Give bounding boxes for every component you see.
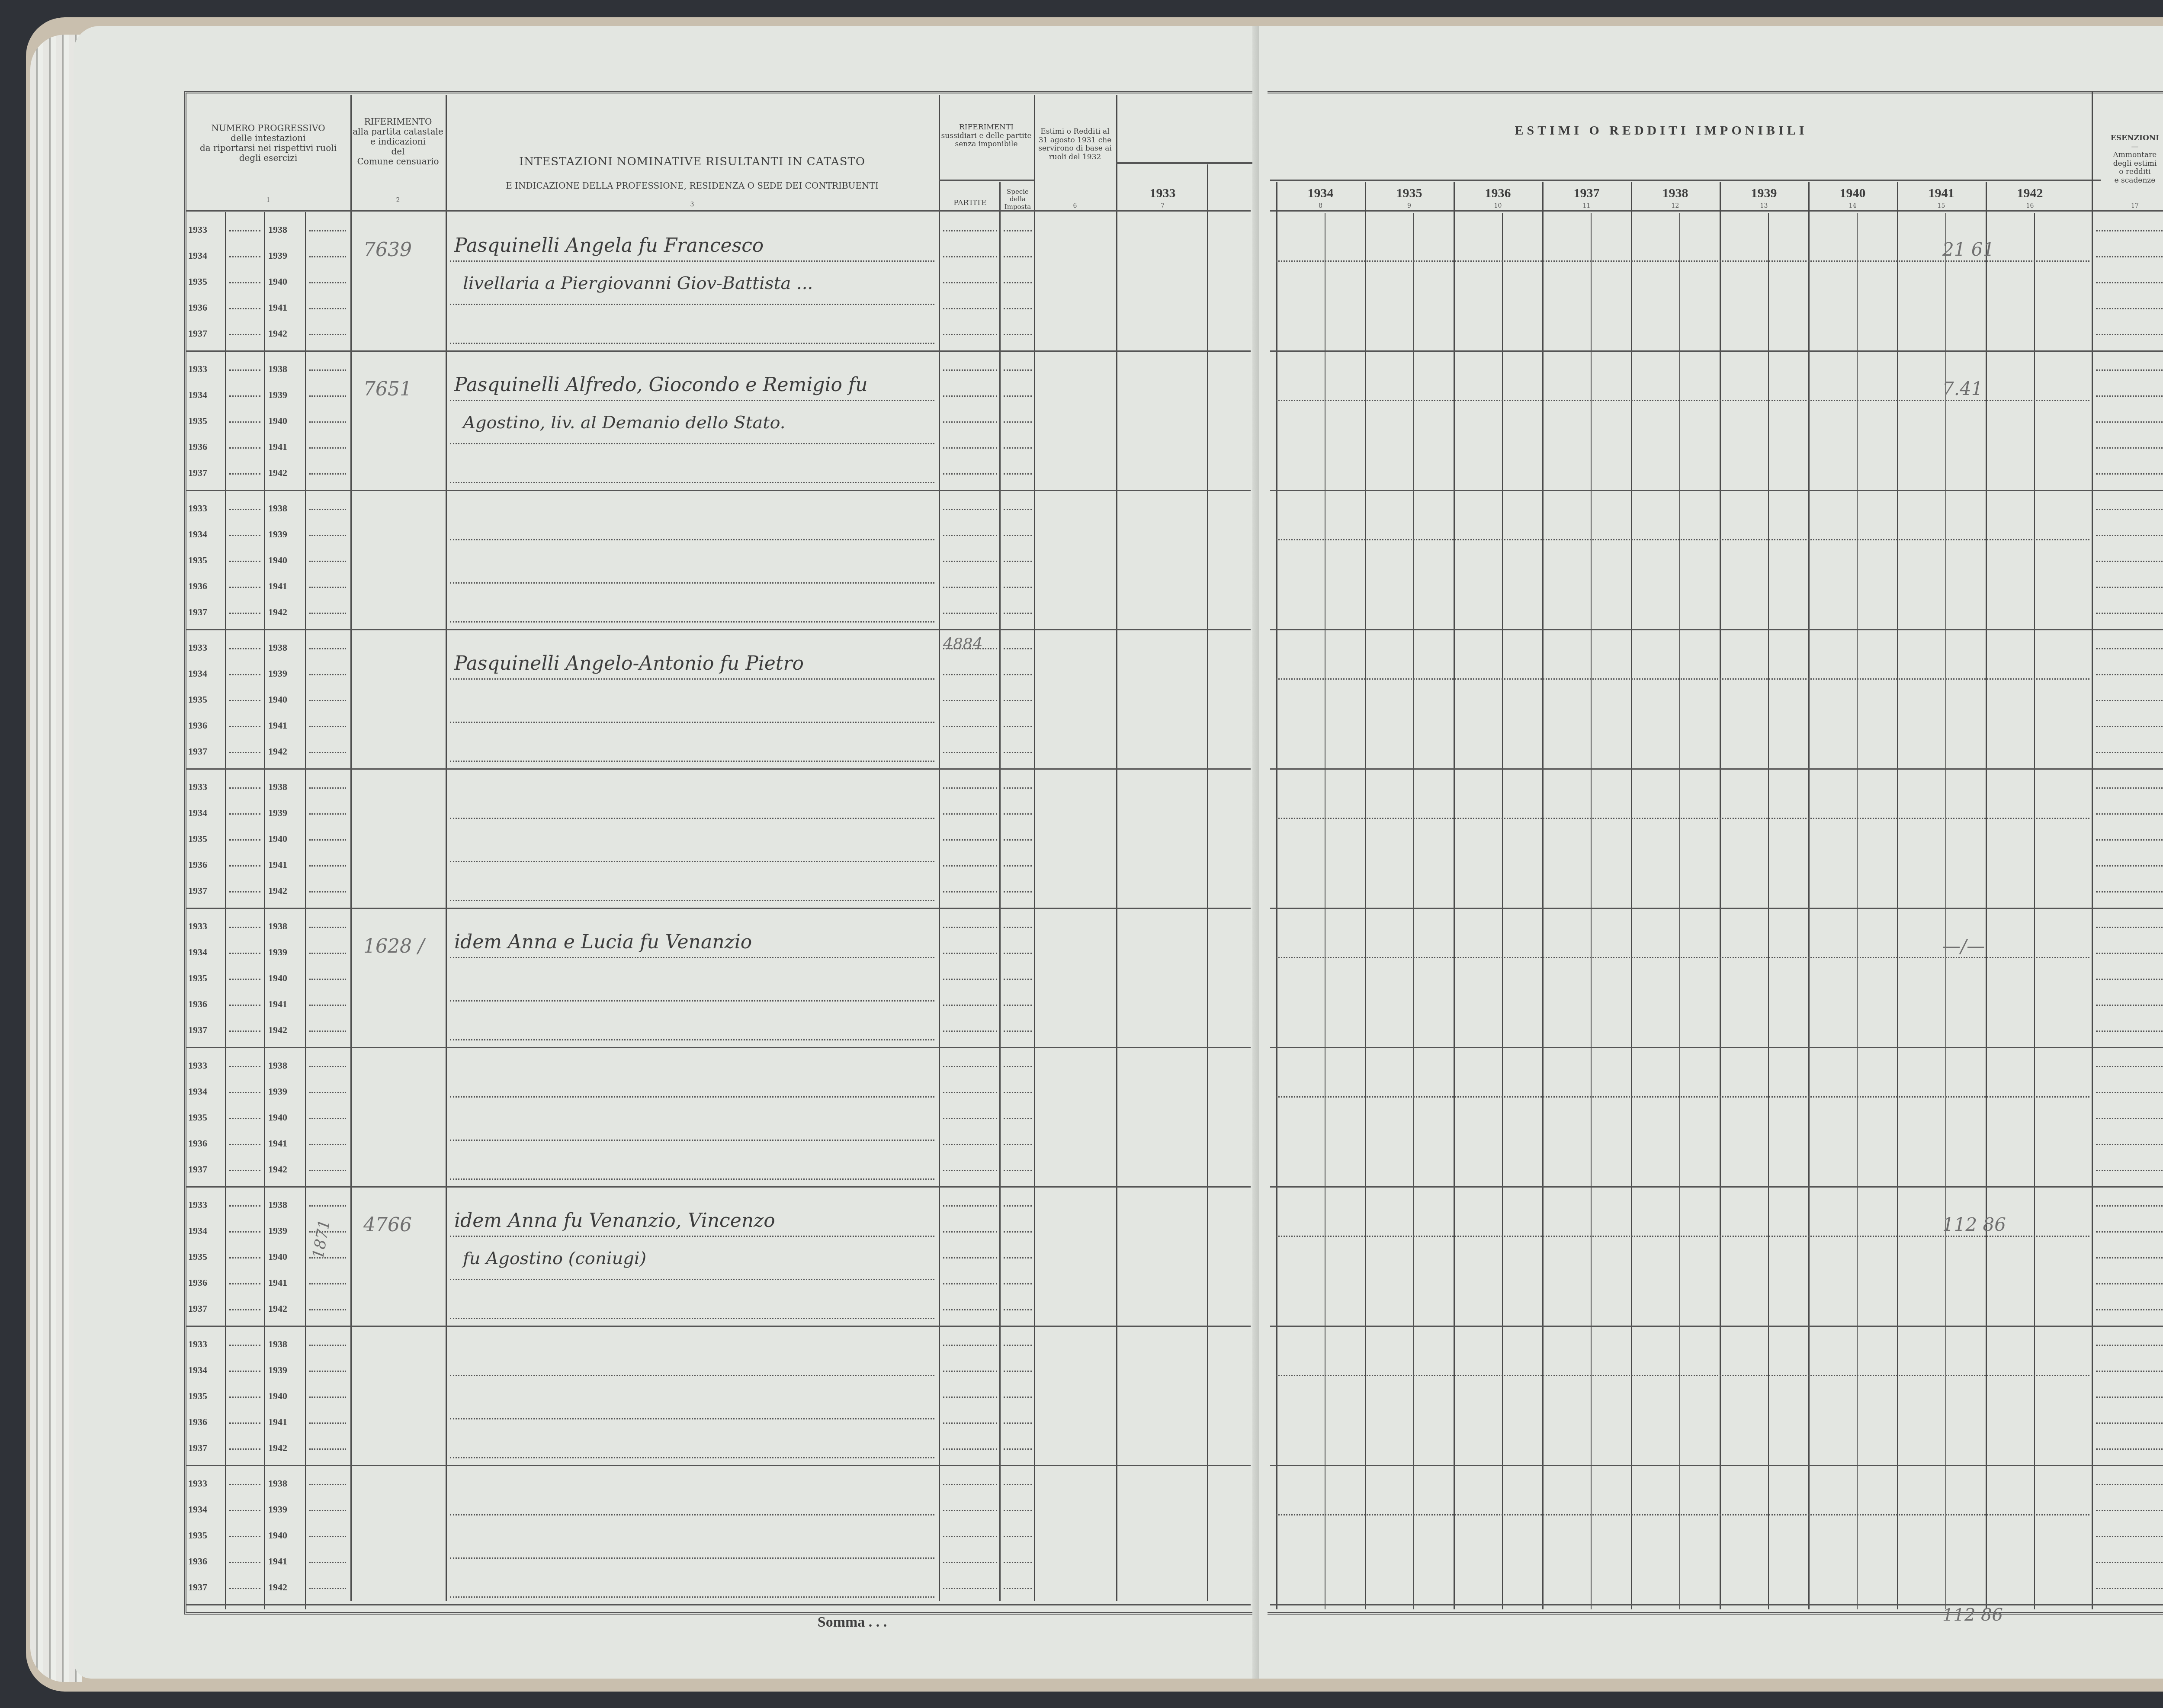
- dotted-line: [943, 1448, 997, 1450]
- dotted-line: [229, 1536, 260, 1537]
- dotted-line: [1276, 260, 2089, 262]
- dotted-line: [309, 726, 346, 727]
- dotted-line: [450, 621, 934, 623]
- dotted-line: [943, 1510, 997, 1511]
- dotted-line: [1004, 1371, 1032, 1372]
- dotted-line: [450, 304, 934, 305]
- col7-number: 7: [1118, 202, 1207, 209]
- dotted-line: [2096, 648, 2163, 649]
- year-label: 1936: [188, 1138, 207, 1149]
- year-label: 1937: [188, 467, 207, 478]
- block-separator: [1270, 629, 2163, 630]
- column-number: 13: [1720, 202, 1808, 209]
- dotted-line: [229, 613, 260, 614]
- dotted-line: [1004, 1066, 1032, 1067]
- entry-name-line2: fu Agostino (coniugi): [463, 1249, 646, 1268]
- year-header: 1935: [1365, 186, 1454, 201]
- year-label: 1934: [188, 1225, 207, 1236]
- year-label: 1939: [268, 947, 287, 958]
- dotted-line: [2096, 1510, 2163, 1511]
- year-label: 1940: [268, 415, 287, 427]
- dotted-line: [229, 927, 260, 928]
- dotted-line: [229, 1510, 260, 1511]
- year-label: 1933: [188, 1199, 207, 1210]
- year-label: 1933: [188, 503, 207, 514]
- year-label: 1933: [188, 921, 207, 932]
- dotted-line: [1004, 813, 1032, 815]
- dotted-line: [309, 535, 346, 536]
- dotted-line: [2096, 927, 2163, 928]
- col2-line: e indicazioni: [353, 137, 443, 147]
- dotted-line: [2096, 369, 2163, 371]
- dotted-line: [309, 1588, 346, 1589]
- entry-name-line1: idem Anna e Lucia fu Venanzio: [454, 931, 752, 953]
- year-label: 1934: [188, 1086, 207, 1097]
- dotted-line: [309, 1536, 346, 1537]
- year-label: 1935: [188, 1112, 207, 1123]
- dotted-line: [309, 1005, 346, 1006]
- dotted-line: [309, 1144, 346, 1145]
- dotted-line: [2096, 395, 2163, 397]
- dotted-line: [2096, 787, 2163, 789]
- dotted-line: [309, 839, 346, 841]
- dotted-line: [943, 587, 997, 588]
- year-column-divider: [1986, 182, 1987, 1609]
- dotted-line: [229, 891, 260, 893]
- year-column-divider: [1808, 182, 1810, 1609]
- dotted-line: [943, 395, 997, 397]
- col2-line: Comune censuario: [353, 157, 443, 167]
- dotted-line: [229, 1422, 260, 1424]
- year-header: 1940: [1808, 186, 1897, 201]
- dotted-line: [943, 1066, 997, 1067]
- dotted-line: [450, 957, 934, 958]
- dotted-line: [1276, 818, 2089, 819]
- dotted-line: [2096, 535, 2163, 536]
- dotted-line: [309, 334, 346, 335]
- dotted-line: [309, 1309, 346, 1310]
- block-separator: [186, 350, 1251, 352]
- dotted-line: [1004, 1536, 1032, 1537]
- dotted-line: [309, 1448, 346, 1450]
- col1-line: degli esercizi: [190, 153, 346, 163]
- dotted-line: [2096, 561, 2163, 562]
- col1-line: da riportarsi nei rispettivi ruoli: [190, 143, 346, 153]
- dotted-line: [2096, 1448, 2163, 1450]
- dotted-line: [1004, 1588, 1032, 1589]
- lire-centesimi-divider: [1679, 213, 1680, 1609]
- dotted-line: [309, 1092, 346, 1093]
- dotted-line: [1004, 674, 1032, 675]
- entry-name-line1: Pasquinelli Angelo-Antonio fu Pietro: [454, 652, 804, 674]
- year-label: 1941: [268, 581, 287, 592]
- dotted-line: [1004, 1562, 1032, 1563]
- year-label: 1935: [188, 1390, 207, 1402]
- dotted-line: [2096, 1345, 2163, 1346]
- dotted-line: [2096, 979, 2163, 980]
- dotted-line: [229, 421, 260, 423]
- dotted-line: [309, 473, 346, 475]
- dotted-line: [450, 482, 934, 483]
- dotted-line: [1004, 839, 1032, 841]
- dotted-line: [943, 421, 997, 423]
- column-number: 8: [1276, 202, 1365, 209]
- year-label: 1941: [268, 302, 287, 313]
- dotted-line: [943, 1205, 997, 1207]
- dotted-line: [1004, 700, 1032, 701]
- dotted-line: [943, 891, 997, 893]
- year-label: 1937: [188, 885, 207, 896]
- dotted-line: [2096, 674, 2163, 675]
- dotted-line: [1004, 535, 1032, 536]
- dotted-line: [229, 535, 260, 536]
- dotted-line: [943, 282, 997, 283]
- column-number: 14: [1808, 202, 1897, 209]
- dotted-line: [943, 447, 997, 449]
- block-separator: [1270, 768, 2163, 770]
- dotted-line: [943, 256, 997, 257]
- col45-line: sussidiari e delle partite: [941, 132, 1032, 141]
- dotted-line: [1004, 282, 1032, 283]
- dotted-line: [450, 722, 934, 723]
- year-label: 1935: [188, 1251, 207, 1262]
- block-separator: [1270, 1186, 2163, 1188]
- dotted-line: [309, 1562, 346, 1563]
- year-1933-header: 1933: [1118, 186, 1207, 201]
- dotted-line: [943, 561, 997, 562]
- amount-1941: 7.41: [1942, 378, 1983, 399]
- entry-name-line1: Pasquinelli Angela fu Francesco: [454, 234, 764, 257]
- divider: [446, 95, 447, 1601]
- year-label: 1939: [268, 529, 287, 540]
- dotted-line: [943, 674, 997, 675]
- divider: [1270, 180, 2101, 181]
- year-label: 1935: [188, 1530, 207, 1541]
- year-label: 1940: [268, 833, 287, 844]
- dotted-line: [229, 1309, 260, 1310]
- somma-1941-value: 112 86: [1942, 1605, 2003, 1625]
- year-label: 1937: [188, 1582, 207, 1593]
- dotted-line: [309, 927, 346, 928]
- dotted-line: [450, 443, 934, 444]
- block-separator: [186, 908, 1251, 909]
- divider: [264, 212, 265, 1609]
- year-label: 1934: [188, 668, 207, 679]
- dotted-line: [229, 1588, 260, 1589]
- year-label: 1938: [268, 503, 287, 514]
- year-label: 1942: [268, 1303, 287, 1314]
- block-separator: [186, 1326, 1251, 1327]
- dotted-line: [943, 839, 997, 841]
- dotted-line: [2096, 865, 2163, 867]
- year-label: 1933: [188, 363, 207, 375]
- dotted-line: [309, 509, 346, 510]
- entry-name-line1: Pasquinelli Alfredo, Giocondo e Remigio …: [454, 374, 868, 396]
- year-label: 1941: [268, 441, 287, 453]
- divider: [225, 212, 226, 1609]
- year-label: 1933: [188, 781, 207, 793]
- year-label: 1942: [268, 1442, 287, 1454]
- dotted-line: [1004, 1031, 1032, 1032]
- year-header: 1942: [1986, 186, 2074, 201]
- dotted-line: [943, 535, 997, 536]
- dotted-line: [229, 700, 260, 701]
- dotted-line: [229, 1170, 260, 1171]
- col2-header: RIFERIMENTO alla partita catastale e ind…: [353, 117, 443, 167]
- dotted-line: [450, 1279, 934, 1280]
- year-label: 1939: [268, 389, 287, 401]
- dotted-line: [2096, 1005, 2163, 1006]
- dotted-line: [309, 447, 346, 449]
- divider: [350, 95, 352, 1601]
- dotted-line: [229, 648, 260, 649]
- col17-header: ESENZIONI — Ammontare degli estimi o red…: [2094, 134, 2163, 185]
- dotted-line: [943, 752, 997, 753]
- dotted-line: [1276, 957, 2089, 958]
- dotted-line: [943, 726, 997, 727]
- dotted-line: [1276, 1096, 2089, 1098]
- dotted-line: [1004, 613, 1032, 614]
- dotted-line: [229, 1005, 260, 1006]
- dotted-line: [2096, 700, 2163, 701]
- year-label: 1942: [268, 607, 287, 618]
- dotted-line: [450, 1000, 934, 1002]
- dotted-line: [309, 1397, 346, 1398]
- dotted-line: [1276, 400, 2089, 401]
- dotted-line: [943, 1562, 997, 1563]
- dotted-line: [229, 1371, 260, 1372]
- dotted-line: [2096, 1205, 2163, 1207]
- year-label: 1937: [188, 1442, 207, 1454]
- year-label: 1939: [268, 1086, 287, 1097]
- dotted-line: [1004, 256, 1032, 257]
- dotted-line: [943, 927, 997, 928]
- amount-1941: 21 61: [1942, 239, 1994, 260]
- year-header: 1934: [1276, 186, 1365, 201]
- entry-name-line2: Agostino, liv. al Demanio dello Stato.: [463, 413, 786, 433]
- dotted-line: [450, 1375, 934, 1376]
- dotted-line: [229, 334, 260, 335]
- estimi-title: ESTIMI O REDDITI IMPONIBILI: [1272, 123, 2051, 138]
- year-label: 1936: [188, 1277, 207, 1288]
- dotted-line: [2096, 587, 2163, 588]
- divider: [2092, 91, 2093, 1609]
- dotted-line: [2096, 953, 2163, 954]
- dotted-line: [450, 818, 934, 819]
- year-label: 1937: [188, 1164, 207, 1175]
- year-label: 1938: [268, 1060, 287, 1071]
- column-number: 10: [1454, 202, 1542, 209]
- year-label: 1933: [188, 224, 207, 235]
- dotted-line: [943, 1005, 997, 1006]
- year-header: 1938: [1631, 186, 1720, 201]
- dotted-line: [309, 561, 346, 562]
- year-label: 1939: [268, 250, 287, 261]
- dotted-line: [2096, 1588, 2163, 1589]
- dotted-line: [450, 861, 934, 862]
- dotted-line: [943, 979, 997, 980]
- header-bottom-rule: [186, 210, 1251, 212]
- dotted-line: [2096, 1536, 2163, 1537]
- dotted-line: [229, 1144, 260, 1145]
- dotted-line: [1004, 1510, 1032, 1511]
- dotted-line: [1004, 447, 1032, 449]
- dotted-line: [2096, 1309, 2163, 1310]
- year-label: 1936: [188, 302, 207, 313]
- dotted-line: [1004, 1484, 1032, 1485]
- dotted-line: [229, 473, 260, 475]
- dotted-line: [309, 1422, 346, 1424]
- block-separator: [1270, 1465, 2163, 1466]
- entry-name-line2: livellaria a Piergiovanni Giov-Battista …: [463, 273, 813, 293]
- block-separator: [1270, 908, 2163, 909]
- dotted-line: [1004, 953, 1032, 954]
- dotted-line: [1004, 369, 1032, 371]
- dotted-line: [229, 256, 260, 257]
- year-header: 1941: [1897, 186, 1986, 201]
- year-label: 1941: [268, 1277, 287, 1288]
- column-number: 12: [1631, 202, 1720, 209]
- year-label: 1942: [268, 328, 287, 339]
- dotted-line: [1004, 1144, 1032, 1145]
- dotted-line: [1004, 561, 1032, 562]
- dotted-line: [309, 752, 346, 753]
- dotted-line: [450, 1514, 934, 1515]
- col17-number: 17: [2094, 202, 2163, 209]
- dotted-line: [450, 1236, 934, 1237]
- year-label: 1942: [268, 746, 287, 757]
- dotted-line: [943, 787, 997, 789]
- dotted-line: [309, 1283, 346, 1284]
- year-label: 1938: [268, 1199, 287, 1210]
- divider: [1207, 164, 1208, 1601]
- dotted-line: [309, 1170, 346, 1171]
- right-page: Mod. 111 - Imposte Dirette (Intercalare)…: [1259, 26, 2163, 1679]
- dotted-line: [309, 1510, 346, 1511]
- dotted-line: [309, 587, 346, 588]
- dotted-line: [229, 1092, 260, 1093]
- dotted-line: [2096, 726, 2163, 727]
- dotted-line: [2096, 447, 2163, 449]
- dotted-line: [229, 561, 260, 562]
- year-label: 1936: [188, 859, 207, 870]
- dotted-line: [450, 1557, 934, 1559]
- dotted-line: [309, 613, 346, 614]
- dotted-line: [309, 1371, 346, 1372]
- dotted-line: [1276, 678, 2089, 680]
- year-label: 1940: [268, 1530, 287, 1541]
- lire-centesimi-divider: [1591, 213, 1592, 1609]
- dotted-line: [229, 953, 260, 954]
- dotted-line: [2096, 509, 2163, 510]
- year-label: 1937: [188, 1024, 207, 1036]
- dotted-line: [943, 700, 997, 701]
- year-label: 1939: [268, 1364, 287, 1376]
- year-label: 1942: [268, 1164, 287, 1175]
- dotted-line: [2096, 1170, 2163, 1171]
- lire-centesimi-divider: [1768, 213, 1769, 1609]
- dotted-line: [1004, 334, 1032, 335]
- year-label: 1940: [268, 1251, 287, 1262]
- left-page: NUMERO PROGRESSIVO delle intestazioni da…: [74, 26, 1259, 1679]
- col17-line: degli estimi: [2094, 160, 2163, 168]
- block-separator: [186, 1186, 1251, 1188]
- dotted-line: [1004, 891, 1032, 893]
- dotted-line: [2096, 839, 2163, 841]
- block-separator: [1270, 490, 2163, 491]
- dotted-line: [450, 1178, 934, 1180]
- entry-name-line1: idem Anna fu Venanzio, Vincenzo: [454, 1210, 775, 1232]
- dotted-line: [229, 726, 260, 727]
- dotted-line: [309, 648, 346, 649]
- dotted-line: [2096, 421, 2163, 423]
- dotted-line: [309, 787, 346, 789]
- dotted-line: [1004, 395, 1032, 397]
- dotted-line: [229, 813, 260, 815]
- dotted-line: [1004, 1345, 1032, 1346]
- dotted-line: [1004, 979, 1032, 980]
- dotted-line: [309, 1031, 346, 1032]
- dotted-line: [2096, 1066, 2163, 1067]
- dotted-line: [309, 1205, 346, 1207]
- year-label: 1936: [188, 441, 207, 453]
- year-label: 1939: [268, 1225, 287, 1236]
- dotted-line: [1004, 509, 1032, 510]
- block-separator: [1270, 1326, 2163, 1327]
- column-number: 11: [1542, 202, 1631, 209]
- year-label: 1936: [188, 1556, 207, 1567]
- dotted-line: [1004, 473, 1032, 475]
- dotted-line: [309, 700, 346, 701]
- dotted-line: [229, 1283, 260, 1284]
- dotted-line: [450, 900, 934, 901]
- dotted-line: [229, 1257, 260, 1259]
- dotted-line: [1276, 1375, 2089, 1376]
- col2-line: alla partita catastale: [353, 127, 443, 137]
- year-label: 1942: [268, 1024, 287, 1036]
- amount-1941: 112 86: [1942, 1214, 2006, 1235]
- year-label: 1935: [188, 694, 207, 705]
- year-label: 1940: [268, 973, 287, 984]
- dotted-line: [309, 395, 346, 397]
- year-column-divider: [1720, 182, 1721, 1609]
- dotted-line: [2096, 1257, 2163, 1259]
- dotted-line: [2096, 1397, 2163, 1398]
- dotted-line: [943, 953, 997, 954]
- dotted-line: [2096, 473, 2163, 475]
- col17-line: e scadenze: [2094, 177, 2163, 185]
- year-label: 1934: [188, 1504, 207, 1515]
- lire-centesimi-divider: [1857, 213, 1858, 1609]
- col1-title: NUMERO PROGRESSIVO: [190, 123, 346, 133]
- dotted-line: [450, 400, 934, 401]
- specie-header: Specie della Imposta: [1001, 188, 1034, 211]
- dotted-line: [943, 1371, 997, 1372]
- dotted-line: [1004, 1118, 1032, 1119]
- year-label: 1935: [188, 415, 207, 427]
- dotted-line: [1004, 927, 1032, 928]
- dotted-line: [2096, 813, 2163, 815]
- dotted-line: [309, 1345, 346, 1346]
- left-table-frame: [184, 91, 1258, 1615]
- col1-number: 1: [190, 197, 346, 204]
- lire-centesimi-divider: [2034, 213, 2035, 1609]
- dotted-line: [229, 308, 260, 309]
- lire-centesimi-divider: [1413, 213, 1414, 1609]
- dotted-line: [1004, 230, 1032, 231]
- year-column-divider: [1454, 182, 1455, 1609]
- dotted-line: [943, 1257, 997, 1259]
